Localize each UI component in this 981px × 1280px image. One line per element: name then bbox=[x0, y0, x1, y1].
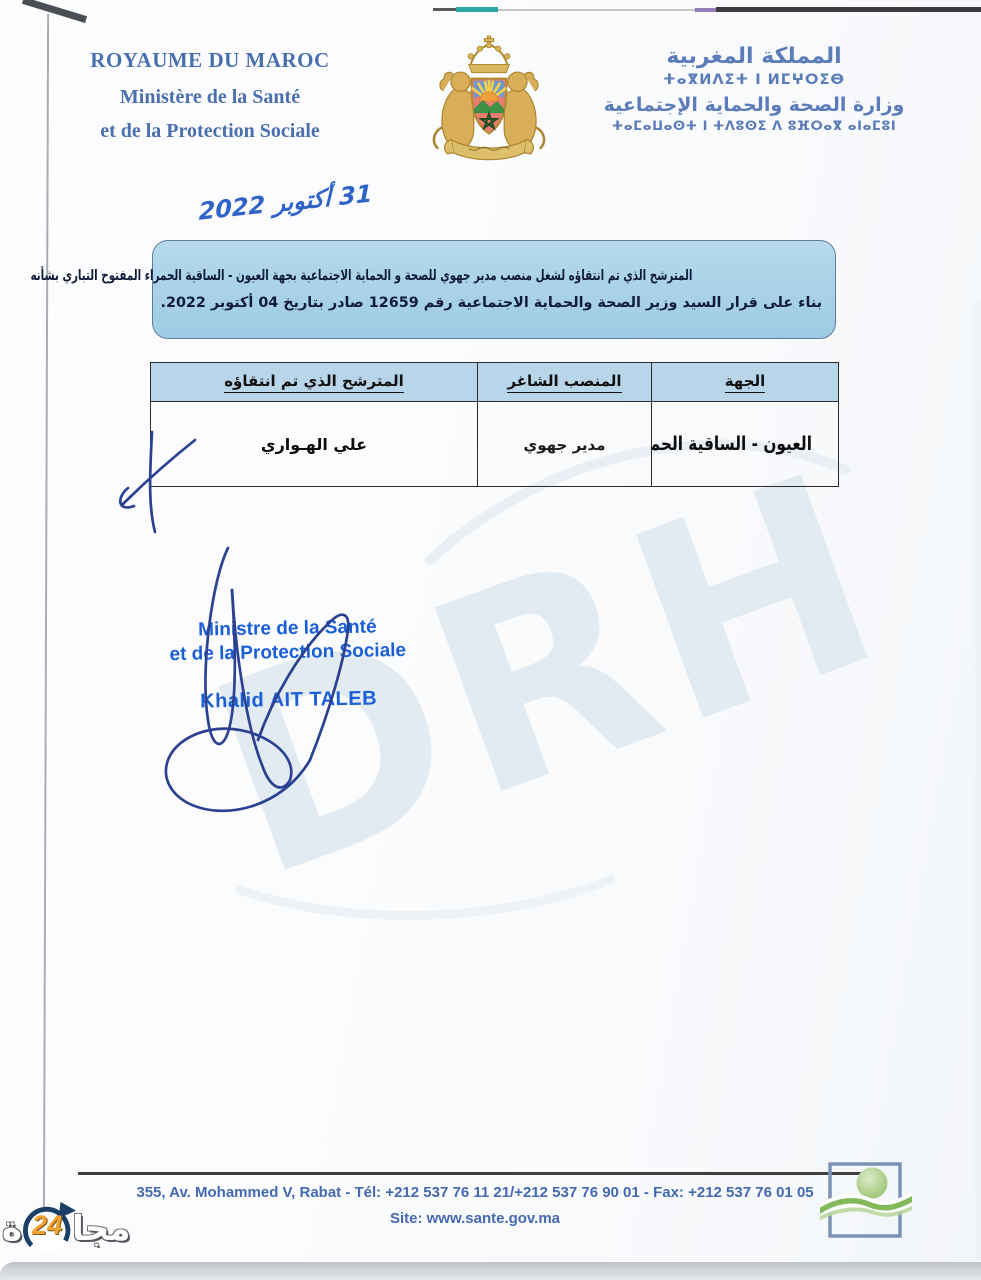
morocco-coat-of-arms-icon bbox=[423, 34, 555, 173]
footer-site: Site: www.sante.gov.ma bbox=[80, 1210, 870, 1227]
table-header-candidate: المترشح الذي تم انتقاؤه bbox=[151, 363, 478, 402]
scan-top-edge-line-faint bbox=[498, 9, 696, 11]
scanned-document-page: DRH ROYAUME DU MAROC Ministère de la San… bbox=[0, 0, 981, 1280]
scan-right-shade bbox=[971, 300, 981, 1260]
kingdom-title-ar: المملكة المغربية bbox=[666, 44, 841, 69]
ministry-title-ar: وزارة الصحة والحماية الإجتماعية bbox=[604, 94, 905, 116]
footer-address: 355, Av. Mohammed V, Rabat - Tél: +212 5… bbox=[80, 1184, 870, 1201]
handwritten-signature-ink-icon bbox=[95, 415, 425, 850]
kingdom-title-tifinagh: ⵜⴰⴳⵍⴷⵉⵜ ⵏ ⵍⵎⵖⵔⵉⴱ bbox=[663, 72, 845, 88]
scan-left-edge-line bbox=[43, 14, 49, 1232]
ministry-logo-icon bbox=[820, 1156, 912, 1253]
table-header-position: المنصب الشاغر bbox=[478, 363, 652, 402]
table-header-region: الجهة bbox=[652, 363, 839, 402]
table-cell-position: مدير جهوي bbox=[478, 402, 652, 487]
news-24-number: 24 bbox=[18, 1210, 76, 1241]
ministry-title-tifinagh: ⵜⴰⵎⴰⵡⴰⵙⵜ ⵏ ⵜⴷⵓⵙⵉ ⴷ ⵓⴼⵔⴰⴳ ⴰⵏⴰⵎⵓⵏ bbox=[612, 119, 896, 134]
footer-divider bbox=[78, 1172, 872, 1175]
table-header-row: الجهة المنصب الشاغر المترشح الذي تم انتق… bbox=[151, 363, 839, 402]
scan-corner-sliver bbox=[22, 0, 87, 23]
kingdom-title-fr: ROYAUME DU MAROC bbox=[90, 48, 329, 73]
paper-bottom-shadow bbox=[0, 1262, 981, 1280]
news-watermark-right-text: مجا bbox=[72, 1209, 130, 1249]
scan-top-edge-purple-segment bbox=[695, 8, 717, 12]
scan-top-edge-teal-segment bbox=[456, 7, 498, 12]
ministry-header-arabic: المملكة المغربية ⵜⴰⴳⵍⴷⵉⵜ ⵏ ⵍⵎⵖⵔⵉⴱ وزارة … bbox=[598, 44, 910, 134]
table-cell-region: العيون - الساقية الحمراء bbox=[652, 402, 839, 487]
ministry-title-fr-line2: et de la Protection Sociale bbox=[100, 120, 320, 143]
ministry-header-french: ROYAUME DU MAROC Ministère de la Santé e… bbox=[70, 48, 350, 143]
ministry-title-fr-line1: Ministère de la Santé bbox=[120, 86, 300, 109]
news-watermark-logo: ة 24 مجا bbox=[2, 1200, 130, 1258]
scan-top-edge-line-dark bbox=[716, 7, 981, 12]
notice-line-1: المترشح الذي تم انتقاؤه لشغل منصب مدير ج… bbox=[31, 267, 693, 285]
notice-line-2: بناء على قرار السيد وزير الصحة والحماية … bbox=[161, 294, 823, 312]
handwritten-date-stamp: 31 أكتوبر 2022 bbox=[134, 179, 373, 232]
news-24-badge: 24 bbox=[18, 1200, 76, 1258]
notice-box: المترشح الذي تم انتقاؤه لشغل منصب مدير ج… bbox=[152, 240, 836, 339]
